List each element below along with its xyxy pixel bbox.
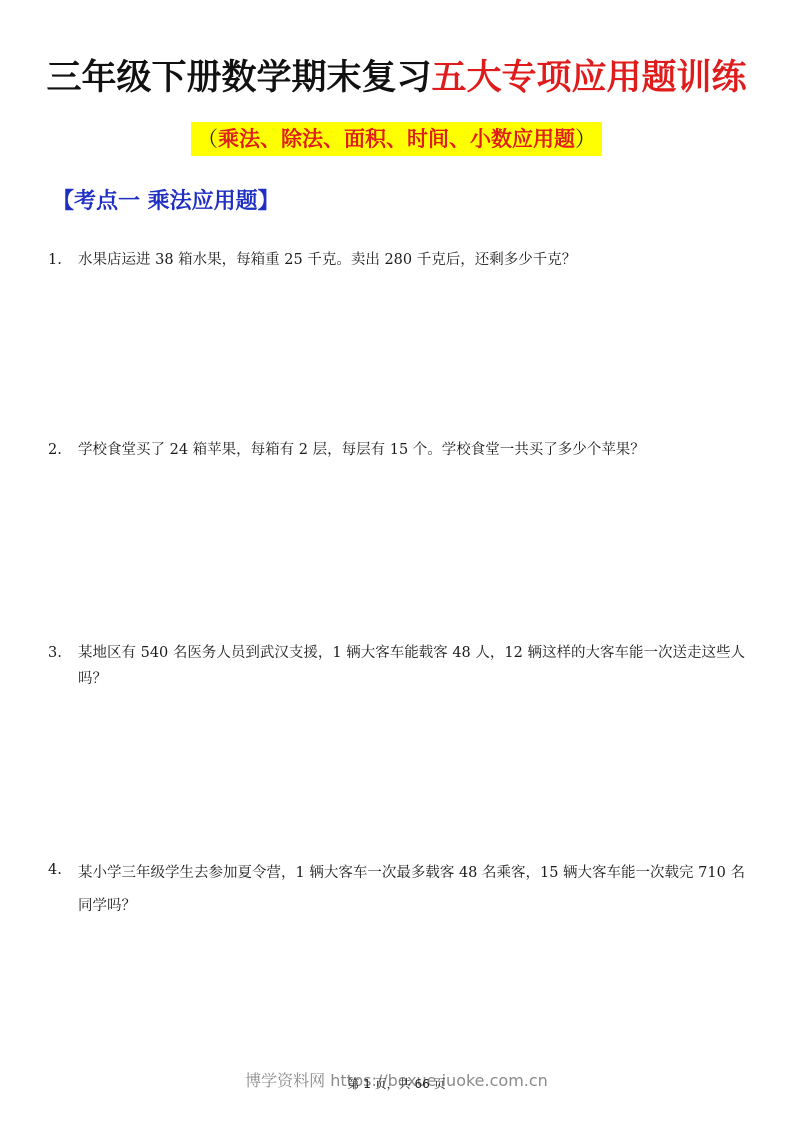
page-number: 第 1 页，共 66 页 [0,1075,793,1092]
question-text: 学校食堂买了 24 箱苹果，每箱有 2 层，每层有 15 个。学校食堂一共买了多… [78,437,748,463]
question-text: 水果店运进 38 箱水果，每箱重 25 千克。卖出 280 千克后，还剩多少千克… [78,247,748,273]
title-black: 三年级下册数学期末复习 [46,57,431,98]
question-3: 3. 某地区有 540 名医务人员到武汉支援，1 辆大客车能载客 48 人，12… [48,640,748,692]
question-1: 1. 水果店运进 38 箱水果，每箱重 25 千克。卖出 280 千克后，还剩多… [48,247,748,273]
question-2: 2. 学校食堂买了 24 箱苹果，每箱有 2 层，每层有 15 个。学校食堂一共… [48,437,748,463]
question-4: 4. 某小学三年级学生去参加夏令营，1 辆大客车一次最多载客 48 名乘客，15… [48,857,748,923]
question-text: 某地区有 540 名医务人员到武汉支援，1 辆大客车能载客 48 人，12 辆这… [78,640,748,692]
subtitle-highlight: （乘法、除法、面积、时间、小数应用题） [191,122,602,156]
question-text: 某小学三年级学生去参加夏令营，1 辆大客车一次最多载客 48 名乘客，15 辆大… [78,857,748,923]
subtitle-close-paren: ） [575,127,596,151]
question-number: 1. [48,247,78,273]
question-number: 2. [48,437,78,463]
subtitle-container: （乘法、除法、面积、时间、小数应用题） [0,122,793,156]
question-number: 4. [48,857,78,883]
title-red: 五大专项应用题训练 [432,57,747,98]
subtitle-text: 乘法、除法、面积、时间、小数应用题 [218,126,575,151]
section-heading: 【考点一 乘法应用题】 [52,184,280,215]
subtitle-open-paren: （ [197,127,218,151]
page-title: 三年级下册数学期末复习五大专项应用题训练 [0,50,793,100]
question-number: 3. [48,640,78,666]
